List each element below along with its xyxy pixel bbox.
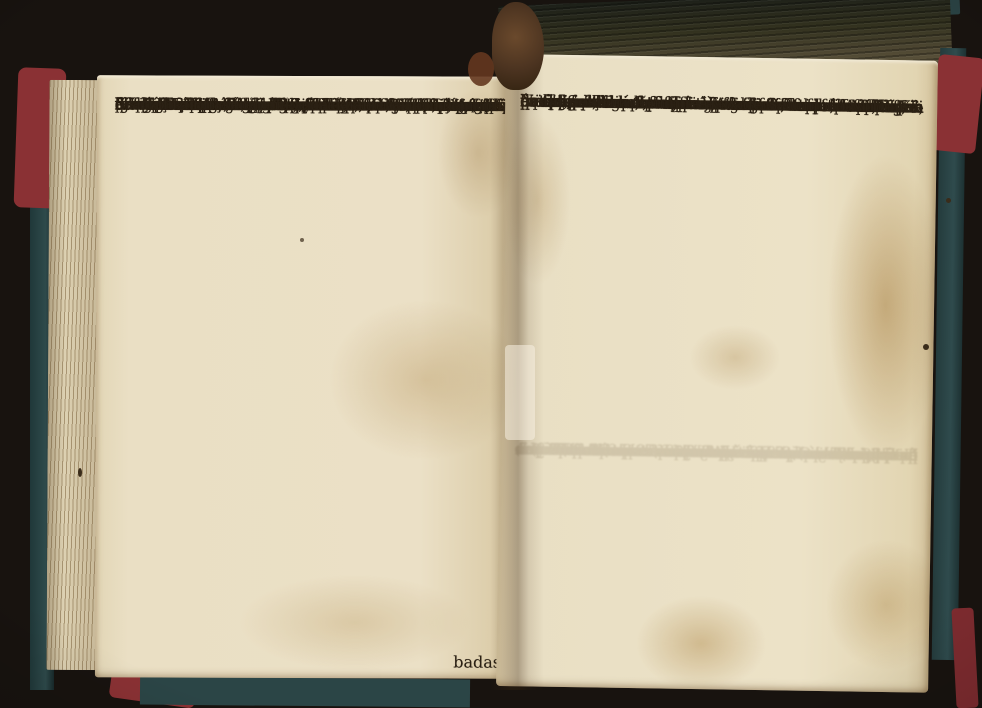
text-line: tirar á luz. Eſtas ſomente inda q̃ nam f… [115, 94, 507, 116]
right-page-text: badas,pareceo cõtudo âs dictas peſſoas q… [520, 90, 923, 96]
bleedthrough-text: badas,pareceo cõtudo âs dictas peſſoas q… [512, 439, 918, 663]
clasp-remnant-small [468, 52, 494, 86]
ink-speck [78, 468, 82, 477]
text-line: tos annos.Em Coimbra à.xx.de Setembro.M.… [542, 440, 918, 466]
left-page-text: poſera os olhos,ſegundo me elle tinha di… [115, 94, 507, 95]
catchword: badas [113, 651, 505, 673]
right-cover-red-strip [951, 607, 978, 708]
ink-speck [946, 198, 951, 203]
bottom-cover-edge [140, 677, 470, 708]
paper-light-patch [505, 345, 535, 440]
clasp-remnant [492, 2, 544, 90]
left-page: poſera os olhos,ſegundo me elle tinha di… [95, 75, 513, 678]
ink-speck [923, 344, 929, 350]
right-page: badas,pareceo cõtudo âs dictas peſſoas q… [496, 54, 938, 693]
text-line: tos annos.Em Coimbra à.xx.de Setembro.M.… [520, 90, 916, 118]
ink-speck [300, 238, 304, 242]
book-scan-photo: poſera os olhos,ſegundo me elle tinha di… [0, 0, 982, 708]
